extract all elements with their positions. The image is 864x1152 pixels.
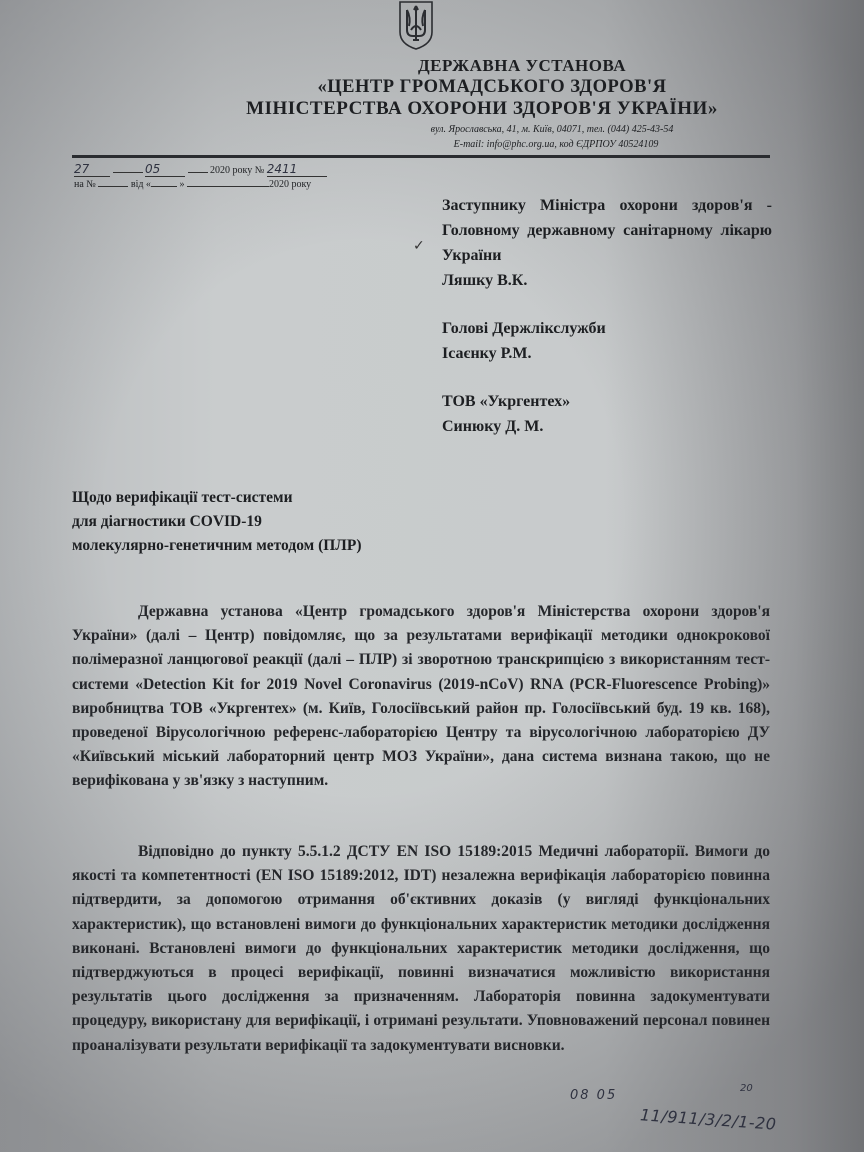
org-address: вул. Ярославська, 41, м. Київ, 04071, те… xyxy=(0,124,864,135)
body-paragraph-1: Державна установа «Центр громадського зд… xyxy=(72,600,770,794)
reply-to-registration: на № від « » 2020 року xyxy=(74,179,311,190)
addressee-deputy-minister: Заступнику Міністра охорони здоров'я - Г… xyxy=(442,193,772,293)
document-page: ДЕРЖАВНА УСТАНОВА «ЦЕНТР ГРОМАДСЬКОГО ЗД… xyxy=(0,0,864,1152)
addressee-block: Заступнику Міністра охорони здоров'я - Г… xyxy=(442,193,772,462)
registration-number: 2411 xyxy=(267,162,327,177)
addressee-title: Голові Держлікслужби xyxy=(442,316,772,341)
letter-subject: Щодо верифікації тест-системи для діагно… xyxy=(72,486,472,558)
handwritten-date-mark: 08 05 xyxy=(570,1088,617,1103)
org-email-code: E-mail: info@phc.org.ua, код ЄДРПОУ 4052… xyxy=(0,139,864,150)
reply-number-label: на № xyxy=(74,179,96,190)
ministry-heading: МІНІСТЕРСТВА ОХОРОНИ ЗДОРОВ'Я УКРАЇНИ» xyxy=(0,98,864,120)
addressee-state-medicines-service: Голові Держлікслужби Ісаєнку Р.М. xyxy=(442,316,772,366)
org-type-heading: ДЕРЖАВНА УСТАНОВА xyxy=(0,56,864,76)
body-paragraph-2: Відповідно до пункту 5.5.1.2 ДСТУ EN ISO… xyxy=(72,840,770,1058)
reply-from-label: від « xyxy=(131,179,151,190)
addressee-title: ТОВ «Укргентех» xyxy=(442,389,772,414)
addressee-title: Заступнику Міністра охорони здоров'я - Г… xyxy=(442,193,772,268)
trident-coat-of-arms-icon xyxy=(397,0,435,50)
handwritten-check-mark: ✓ xyxy=(413,238,425,254)
handwritten-superscript: 20 xyxy=(740,1083,753,1094)
header-divider xyxy=(72,155,770,158)
registration-year-label: 2020 року № xyxy=(210,165,264,176)
addressee-name: Ісаєнку Р.М. xyxy=(442,341,772,366)
addressee-name: Ляшку В.К. xyxy=(442,268,772,293)
addressee-name: Синюку Д. М. xyxy=(442,414,772,439)
addressee-ukrgentech: ТОВ «Укргентех» Синюку Д. М. xyxy=(442,389,772,439)
outgoing-registration: 27 05 2020 року № 2411 xyxy=(74,162,327,177)
registration-month: 05 xyxy=(145,162,185,177)
registration-day: 27 xyxy=(74,162,110,177)
reply-year-label: 2020 року xyxy=(269,179,311,190)
org-name-heading: «ЦЕНТР ГРОМАДСЬКОГО ЗДОРОВ'Я xyxy=(0,77,864,98)
handwritten-registration-mark: 11/911/3/2/1-20 xyxy=(640,1105,778,1133)
